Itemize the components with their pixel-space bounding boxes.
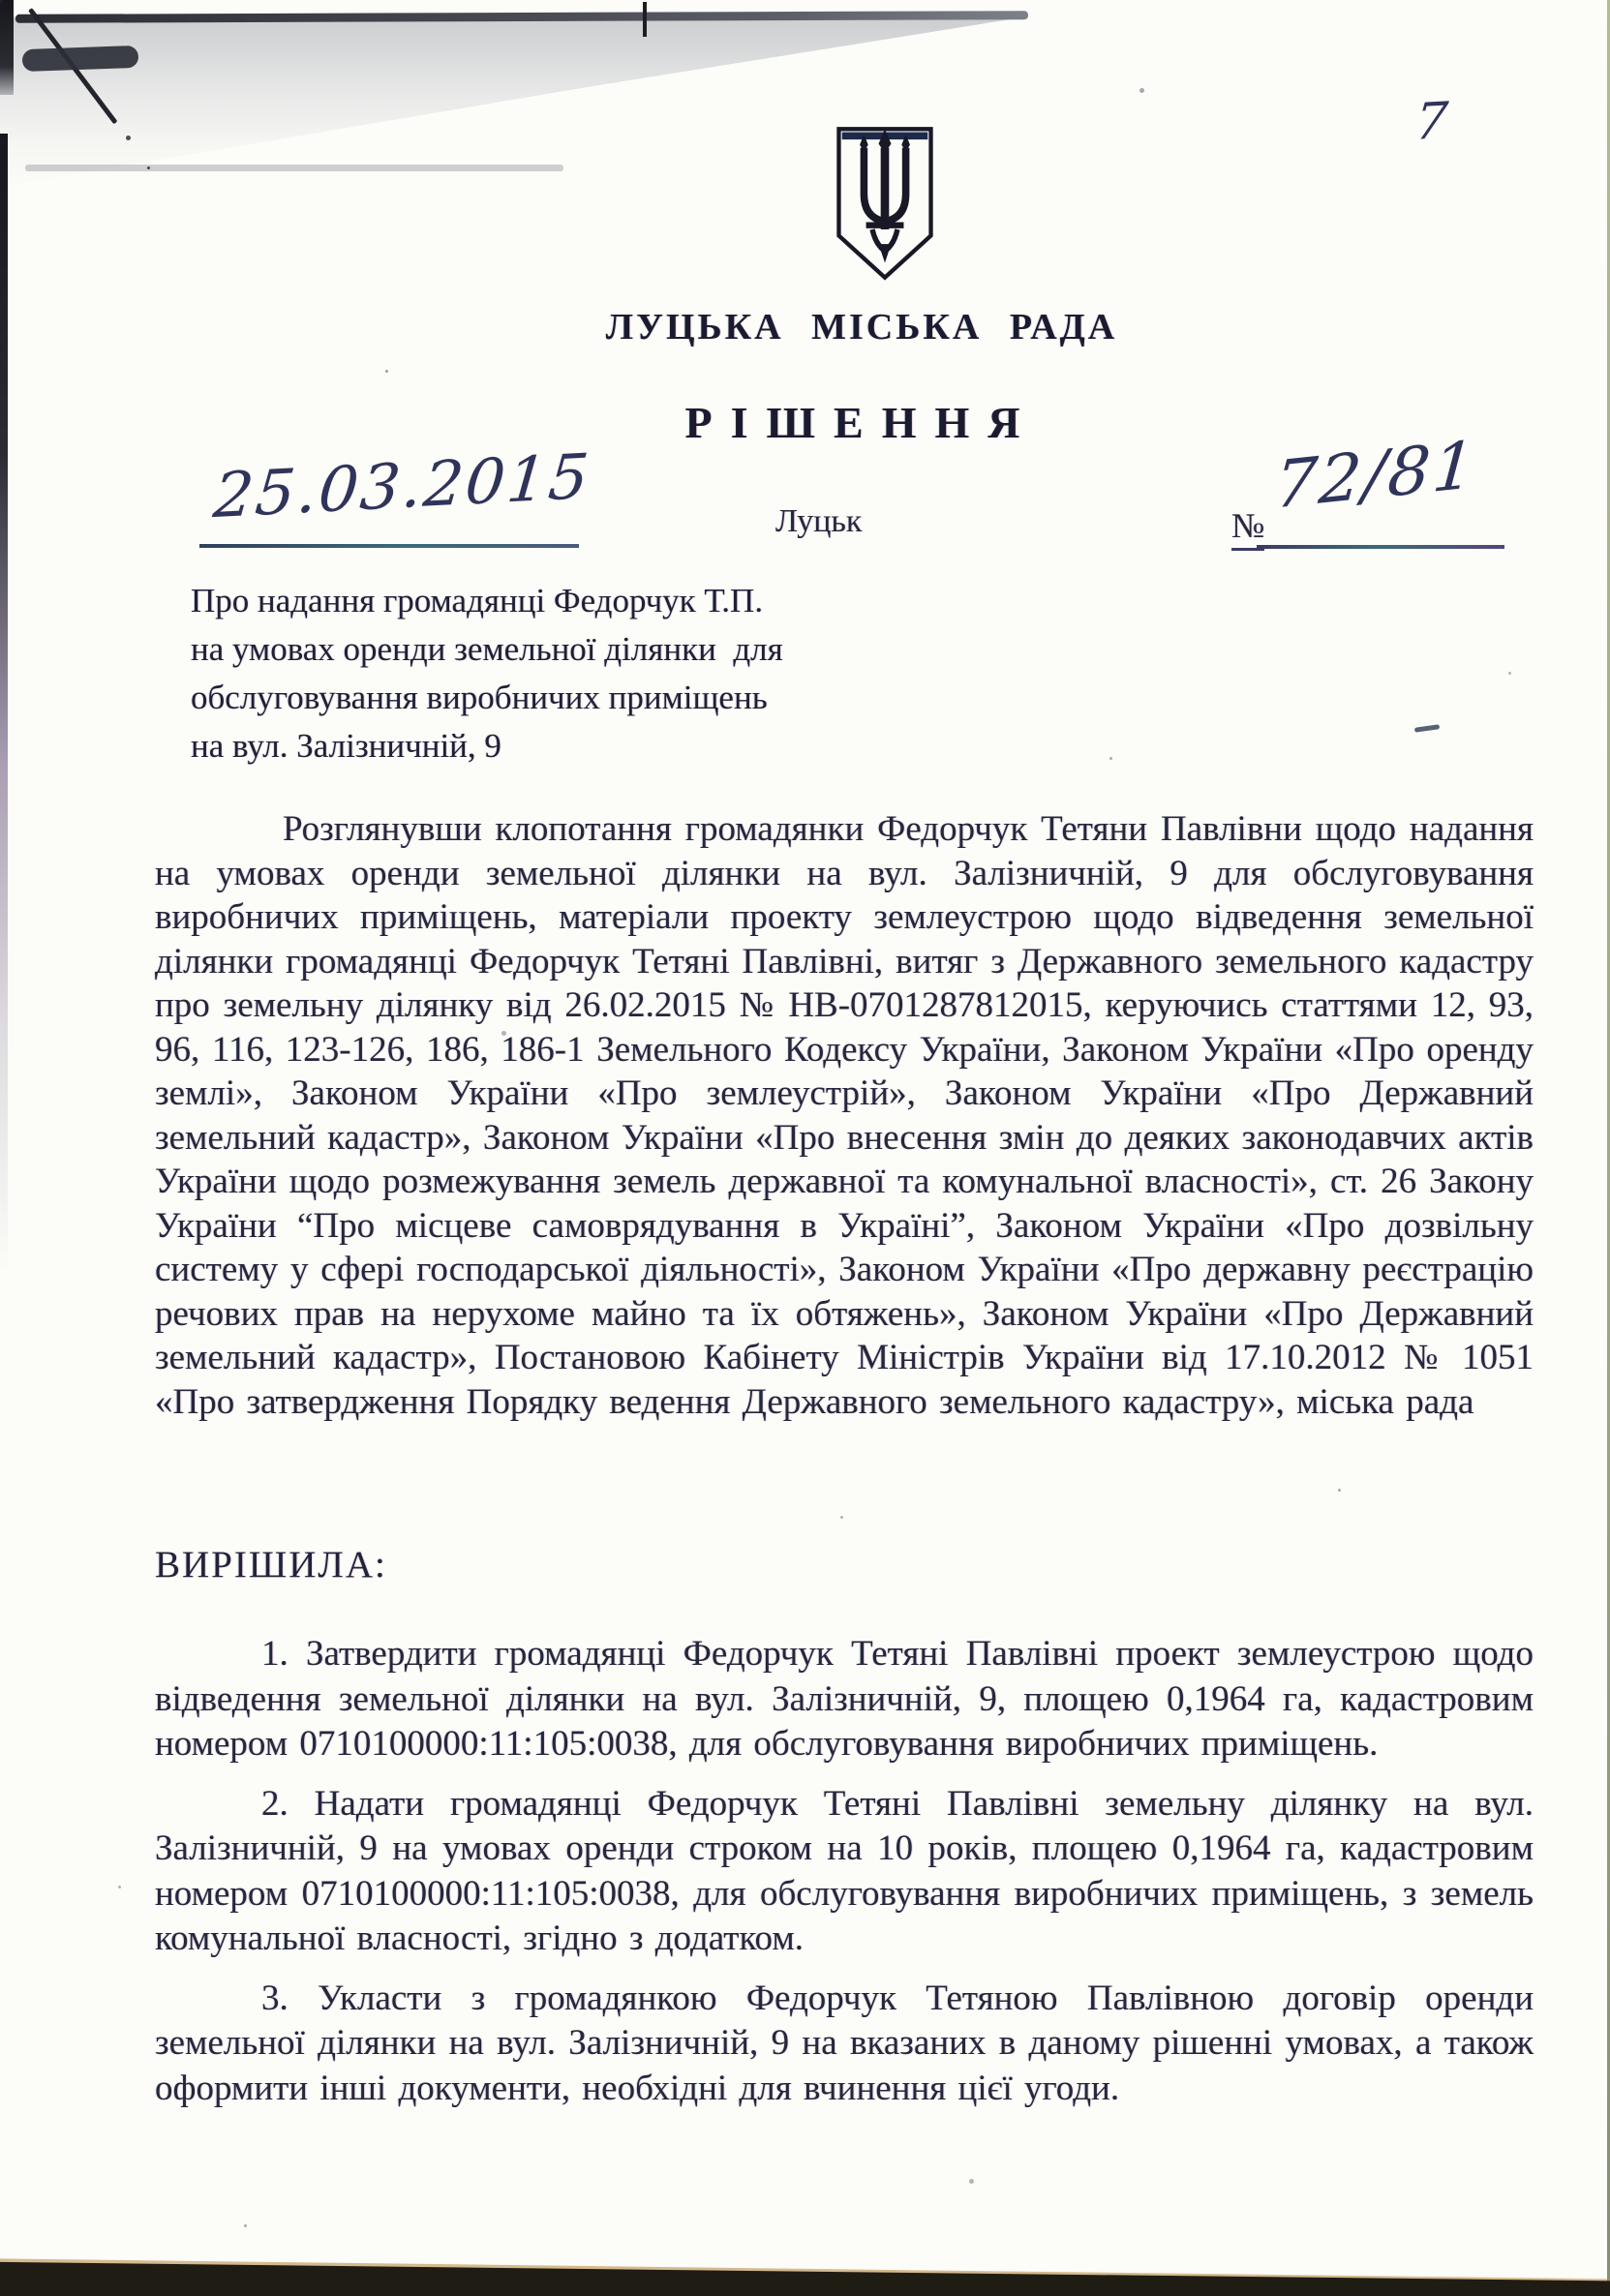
subject-line: на умовах оренди земельної ділянки для (191, 625, 927, 674)
faint-scan-line (25, 165, 563, 171)
preamble-paragraph: Розглянувши клопотання громадянки Федорч… (155, 807, 1534, 1424)
handwritten-page-number: 7 (1413, 92, 1452, 152)
resolution-items: 1. Затвердити громадянці Федорчук Тетяні… (155, 1632, 1534, 2126)
scanned-document-page: 7 ЛУЦЬКА МІСЬКА РАДА РІШЕННЯ 25.03.2015 … (0, 0, 1610, 2296)
left-scan-edge (0, 134, 8, 1276)
handwritten-date: 25.03.2015 (211, 441, 593, 532)
number-underline (1257, 545, 1504, 549)
resolution-item: 1. Затвердити громадянці Федорчук Тетяні… (155, 1632, 1534, 1767)
small-pen-squiggle (1414, 724, 1440, 733)
scan-corner-mark (0, 0, 14, 95)
date-underline (199, 544, 579, 548)
subject-block: Про надання громадянці Федорчук Т.П. на … (191, 577, 927, 770)
subject-line: Про надання громадянці Федорчук Т.П. (191, 577, 927, 625)
number-sign: № (1231, 505, 1264, 551)
subject-line: обслуговування виробничих приміщень (191, 674, 927, 722)
scan-speckles (0, 0, 3, 3)
resolution-heading: ВИРІШИЛА: (155, 1543, 387, 1586)
subject-line: на вул. Залізничній, 9 (191, 722, 927, 770)
resolution-item: 2. Надати громадянці Федорчук Тетяні Пав… (155, 1782, 1534, 1962)
scan-tick-mark (643, 2, 647, 37)
org-name-heading: ЛУЦЬКА МІСЬКА РАДА (116, 306, 1607, 348)
city-label: Луцьк (775, 503, 862, 540)
ukraine-trident-emblem (833, 124, 937, 283)
ink-smudge-mark (22, 45, 139, 72)
resolution-item: 3. Укласти з громадянкою Федорчук Тетяно… (155, 1977, 1534, 2112)
